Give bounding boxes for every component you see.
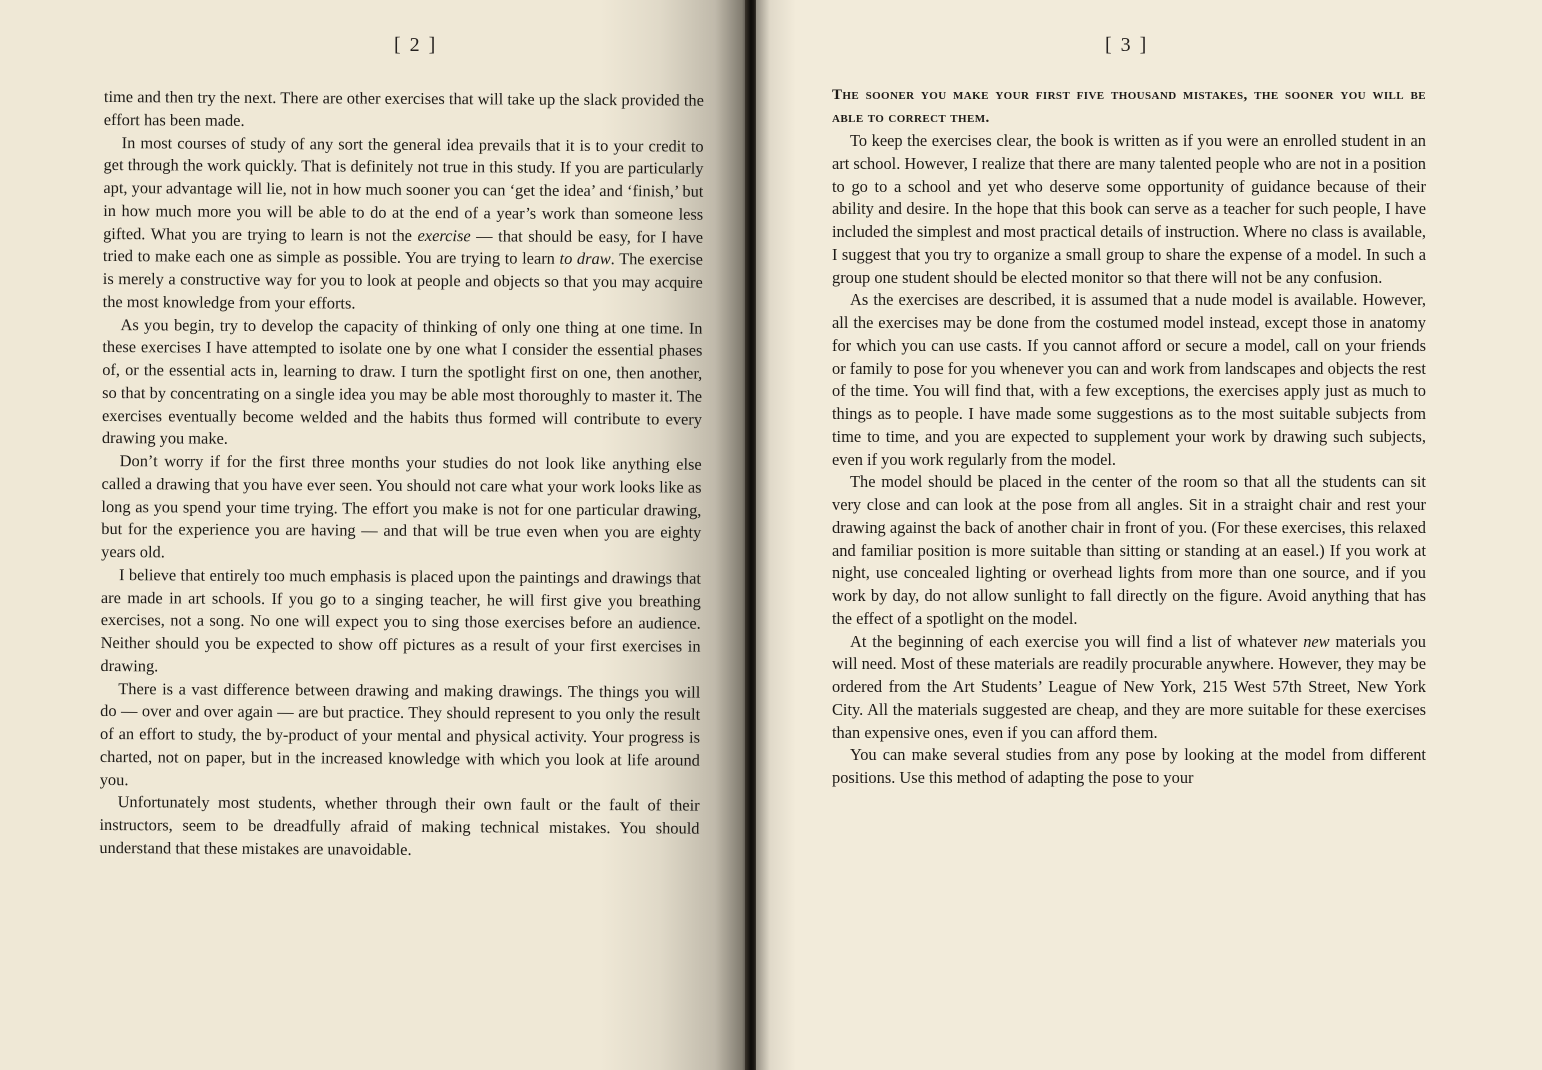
left-page-body: time and then try the next. There are ot… [99, 86, 704, 863]
emphasis: exercise [418, 225, 471, 244]
right-page: [ 3 ] The sooner you make your first fiv… [756, 0, 1542, 1070]
paragraph: In most courses of study of any sort the… [103, 131, 704, 317]
paragraph: There is a vast difference between drawi… [100, 677, 701, 794]
page-number-right: [ 3 ] [1105, 34, 1148, 57]
paragraph: I believe that entirely too much emphasi… [100, 564, 701, 681]
right-page-body: The sooner you make your first five thou… [832, 84, 1426, 790]
paragraph: To keep the exercises clear, the book is… [832, 130, 1426, 289]
paragraph: Don’t worry if for the first three month… [101, 450, 702, 567]
paragraph: The model should be placed in the center… [832, 471, 1426, 630]
paragraph: You can make several studies from any po… [832, 744, 1426, 790]
paragraph: Unfortunately most students, whether thr… [99, 791, 699, 863]
paragraph: As you begin, try to develop the capacit… [102, 313, 703, 453]
page-number-left: [ 2 ] [394, 34, 437, 57]
emphasis: new [1303, 632, 1329, 651]
paragraph: As the exercises are described, it is as… [832, 289, 1426, 471]
maxim-heading: The sooner you make your first five thou… [832, 84, 1426, 129]
emphasis: to draw [560, 249, 611, 268]
left-page: [ 2 ] time and then try the next. There … [0, 0, 750, 1070]
paragraph: At the beginning of each exercise you wi… [832, 631, 1426, 745]
paragraph: time and then try the next. There are ot… [104, 86, 704, 135]
